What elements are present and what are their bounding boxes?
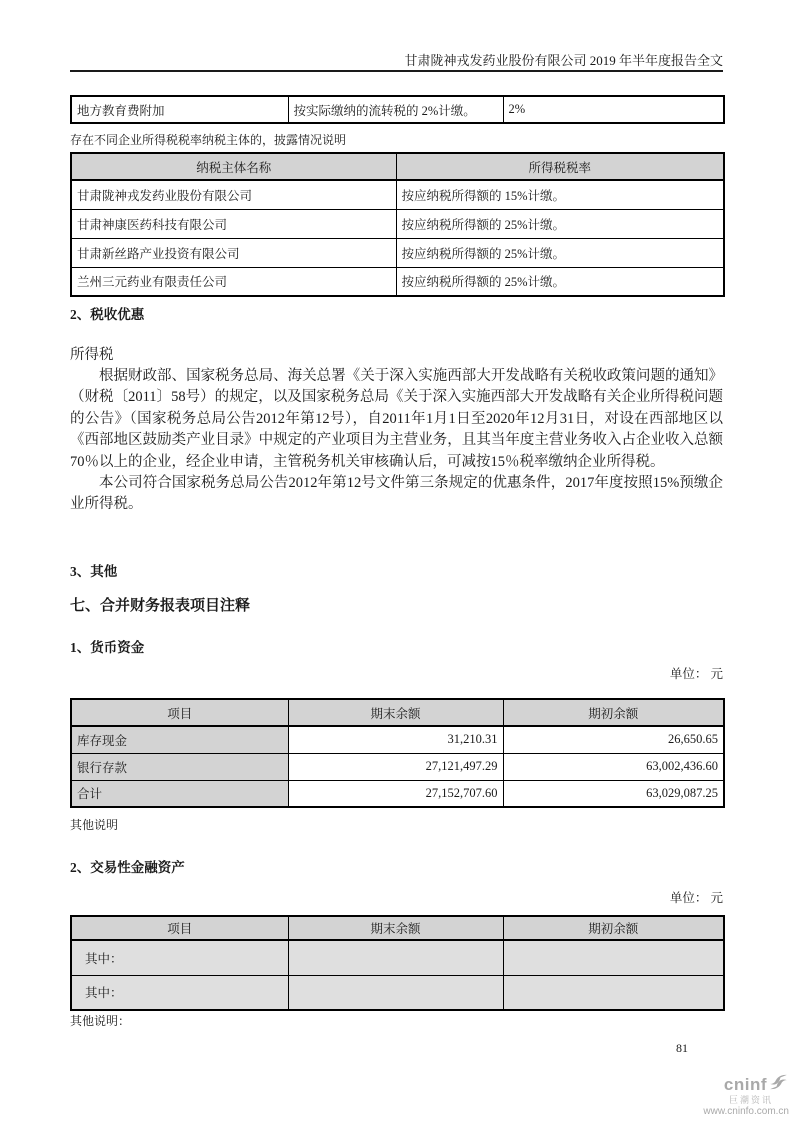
col-header-item: 项目 xyxy=(71,916,288,940)
item-cell: 合计 xyxy=(71,780,288,807)
table-row: 其中： xyxy=(71,940,724,975)
taxpayer-name-cell: 甘肃神康医药科技有限公司 xyxy=(71,209,396,238)
page-header: 甘肃陇神戎发药业股份有限公司 2019 年半年度报告全文 xyxy=(70,50,723,72)
cninfo-logo: cninf 巨潮资讯 www.cninfo.com.cn xyxy=(679,1073,789,1117)
table-header-row: 项目 期末余额 期初余额 xyxy=(71,916,724,940)
table-row: 甘肃新丝路产业投资有限公司 按应纳税所得额的 25%计缴。 xyxy=(71,238,724,267)
table-header-row: 项目 期末余额 期初余额 xyxy=(71,699,724,726)
ending-balance-cell: 27,152,707.60 xyxy=(288,780,503,807)
beginning-balance-cell: 26,650.65 xyxy=(503,726,724,753)
income-tax-label: 所得税 xyxy=(70,343,723,364)
cninfo-chinese-name: 巨潮资讯 xyxy=(729,1096,773,1105)
other-note: 其他说明： xyxy=(70,1012,723,1029)
taxpayer-rate-cell: 按应纳税所得额的 25%计缴。 xyxy=(396,238,724,267)
ending-balance-cell: 31,210.31 xyxy=(288,726,503,753)
taxpayer-rate-cell: 按应纳税所得额的 15%计缴。 xyxy=(396,180,724,209)
cninfo-brand-text: cninf xyxy=(724,1076,767,1093)
table-header-row: 纳税主体名称 所得税税率 xyxy=(71,153,724,180)
monetary-funds-table: 项目 期末余额 期初余额 库存现金 31,210.31 26,650.65 银行… xyxy=(70,698,725,808)
col-header-beginning-balance: 期初余额 xyxy=(503,916,724,940)
ending-balance-cell xyxy=(288,940,503,975)
heading-other: 3、其他 xyxy=(70,560,723,580)
surtax-item-cell: 地方教育费附加 xyxy=(71,96,288,123)
trading-assets-table: 项目 期末余额 期初余额 其中： 其中： xyxy=(70,915,725,1011)
taxpayer-rate-cell: 按应纳税所得额的 25%计缴。 xyxy=(396,209,724,238)
surtax-rate-cell: 2% xyxy=(503,96,724,123)
taxpayer-name-cell: 甘肃陇神戎发药业股份有限公司 xyxy=(71,180,396,209)
beginning-balance-cell xyxy=(503,940,724,975)
heading-monetary-funds: 1、货币资金 xyxy=(70,636,723,656)
report-title: 甘肃陇神戎发药业股份有限公司 2019 年半年度报告全文 xyxy=(404,53,723,68)
beginning-balance-cell xyxy=(503,975,724,1010)
taxpayer-rate-cell: 按应纳税所得额的 25%计缴。 xyxy=(396,267,724,296)
beginning-balance-cell: 63,002,436.60 xyxy=(503,753,724,780)
beginning-balance-cell: 63,029,087.25 xyxy=(503,780,724,807)
cninfo-brand-row: cninf xyxy=(724,1073,789,1095)
ending-balance-cell: 27,121,497.29 xyxy=(288,753,503,780)
col-header-taxpayer: 纳税主体名称 xyxy=(71,153,396,180)
surtax-table: 地方教育费附加 按实际缴纳的流转税的 2%计缴。 2% xyxy=(70,95,725,124)
item-cell: 其中： xyxy=(71,940,288,975)
tax-incentive-paragraphs: 根据财政部、国家税务总局、海关总署《关于深入实施西部大开发战略有关税收政策问题的… xyxy=(70,366,723,516)
col-header-ending-balance: 期末余额 xyxy=(288,916,503,940)
unit-label: 单位： 元 xyxy=(70,664,723,682)
table-row: 库存现金 31,210.31 26,650.65 xyxy=(71,726,724,753)
item-cell: 银行存款 xyxy=(71,753,288,780)
heading-tax-incentive: 2、税收优惠 xyxy=(70,303,723,323)
cninfo-url: www.cninfo.com.cn xyxy=(703,1107,789,1117)
table-row: 兰州三元药业有限责任公司 按应纳税所得额的 25%计缴。 xyxy=(71,267,724,296)
heading-consolidated-notes: 七、合并财务报表项目注释 xyxy=(70,594,723,615)
col-header-ending-balance: 期末余额 xyxy=(288,699,503,726)
taxpayer-name-cell: 兰州三元药业有限责任公司 xyxy=(71,267,396,296)
paragraph: 根据财政部、国家税务总局、海关总署《关于深入实施西部大开发战略有关税收政策问题的… xyxy=(70,366,723,473)
table-row: 甘肃神康医药科技有限公司 按应纳税所得额的 25%计缴。 xyxy=(71,209,724,238)
item-cell: 库存现金 xyxy=(71,726,288,753)
table-row: 其中： xyxy=(71,975,724,1010)
col-header-item: 项目 xyxy=(71,699,288,726)
col-header-rate: 所得税税率 xyxy=(396,153,724,180)
unit-label: 单位： 元 xyxy=(70,888,723,906)
report-page: 甘肃陇神戎发药业股份有限公司 2019 年半年度报告全文 地方教育费附加 按实际… xyxy=(0,0,793,1122)
table-row: 地方教育费附加 按实际缴纳的流转税的 2%计缴。 2% xyxy=(71,96,724,123)
paragraph: 本公司符合国家税务总局公告2012年第12号文件第三条规定的优惠条件，2017年… xyxy=(70,473,723,516)
page-number: 81 xyxy=(676,1041,688,1056)
surtax-basis-cell: 按实际缴纳的流转税的 2%计缴。 xyxy=(288,96,503,123)
disclosure-note: 存在不同企业所得税税率纳税主体的，披露情况说明 xyxy=(70,131,723,148)
item-cell: 其中： xyxy=(71,975,288,1010)
other-note: 其他说明 xyxy=(70,816,723,833)
col-header-beginning-balance: 期初余额 xyxy=(503,699,724,726)
heading-trading-assets: 2、交易性金融资产 xyxy=(70,856,723,876)
taxpayer-table: 纳税主体名称 所得税税率 甘肃陇神戎发药业股份有限公司 按应纳税所得额的 15%… xyxy=(70,152,725,297)
table-row: 合计 27,152,707.60 63,029,087.25 xyxy=(71,780,724,807)
table-row: 银行存款 27,121,497.29 63,002,436.60 xyxy=(71,753,724,780)
ending-balance-cell xyxy=(288,975,503,1010)
taxpayer-name-cell: 甘肃新丝路产业投资有限公司 xyxy=(71,238,396,267)
cninfo-swirl-icon xyxy=(768,1073,789,1095)
table-row: 甘肃陇神戎发药业股份有限公司 按应纳税所得额的 15%计缴。 xyxy=(71,180,724,209)
